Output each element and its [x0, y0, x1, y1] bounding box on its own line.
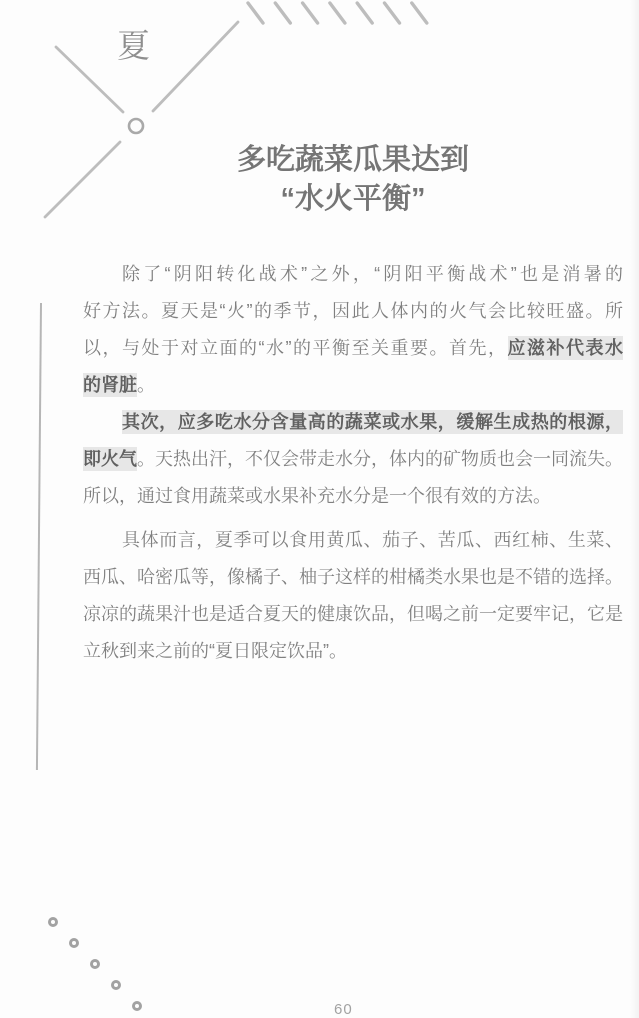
highlighted-text: 其次，应多吃水分含量高的蔬菜或水果，缓解生成热的根源，: [122, 410, 623, 434]
page-number: 60: [334, 1001, 353, 1018]
paragraph: 除了“阴阳转化战术”之外，“阴阳平衡战术”也是消暑的好方法。夏天是“火”的季节，…: [83, 256, 623, 404]
text-line: 凉凉的蔬果汁也是适合夏天的健康饮品，但喝之前一定要牢记，它是: [83, 596, 623, 633]
paragraph: 其次，应多吃水分含量高的蔬菜或水果，缓解生成热的根源，即火气。天热出汗，不仅会带…: [83, 404, 623, 515]
book-page: 夏 多吃蔬菜瓜果达到 “水火平衡” 除了“阴阳转化战术”之外，“阴阳平衡战术”也…: [0, 0, 639, 1018]
hatch-stroke: [248, 3, 263, 23]
text-line: 除了“阴阳转化战术”之外，“阴阳平衡战术”也是消暑的: [83, 256, 623, 293]
chapter-marker: 夏: [117, 20, 151, 67]
node-circle-icon: [129, 119, 143, 133]
paragraph: 具体而言，夏季可以食用黄瓜、茄子、苦瓜、西红柿、生菜、西瓜、哈密瓜等，像橘子、柚…: [83, 522, 623, 670]
text-segment: 立秋到来之前的“夏日限定饮品”。: [83, 641, 347, 661]
footer-ring-icon: [111, 980, 121, 990]
page-title-line2: “水火平衡”: [83, 180, 623, 219]
footer-ring-icon: [48, 917, 58, 927]
page-title: 多吃蔬菜瓜果达到 “水火平衡”: [83, 141, 623, 219]
text-segment: 具体而言，夏季可以食用黄瓜、茄子、苦瓜、西红柿、生菜、: [122, 530, 623, 550]
footer-ring-icon: [69, 938, 79, 948]
hatch-marks: [248, 3, 427, 23]
footer-ring-icon: [132, 1001, 142, 1011]
highlighted-text: 应滋补代表水: [508, 336, 624, 360]
diagonal-line-short: [56, 47, 123, 112]
hatch-stroke: [385, 3, 400, 23]
text-line: 具体而言，夏季可以食用黄瓜、茄子、苦瓜、西红柿、生菜、: [83, 522, 623, 559]
text-segment: 所以，通过食用蔬菜或水果补充水分是一个很有效的方法。: [83, 486, 551, 506]
hatch-stroke: [303, 3, 318, 23]
text-segment: 。天热出汗，不仅会带走水分，体内的矿物质也会一同流失。: [137, 449, 623, 469]
text-segment: 好方法。夏天是“火”的季节，因此人体内的火气会比较旺盛。所: [83, 301, 623, 321]
text-segment: 。: [137, 375, 155, 395]
diagonal-line-upper: [153, 22, 238, 111]
text-segment: 除了“阴阳转化战术”之外，“阴阳平衡战术”也是消暑的: [122, 264, 623, 284]
hatch-stroke: [275, 3, 290, 23]
text-segment: 西瓜、哈密瓜等，像橘子、柚子这样的柑橘类水果也是不错的选择。: [83, 567, 623, 587]
text-line: 立秋到来之前的“夏日限定饮品”。: [83, 633, 623, 670]
text-line: 以，与处于对立面的“水”的平衡至关重要。首先，应滋补代表水: [83, 330, 623, 367]
article-body: 除了“阴阳转化战术”之外，“阴阳平衡战术”也是消暑的好方法。夏天是“火”的季节，…: [83, 256, 623, 670]
highlighted-text: 即火气: [83, 447, 137, 471]
text-segment: 凉凉的蔬果汁也是适合夏天的健康饮品，但喝之前一定要牢记，它是: [83, 604, 623, 624]
text-line: 其次，应多吃水分含量高的蔬菜或水果，缓解生成热的根源，: [83, 404, 623, 441]
text-line: 好方法。夏天是“火”的季节，因此人体内的火气会比较旺盛。所: [83, 293, 623, 330]
highlighted-text: 的肾脏: [83, 373, 137, 397]
hatch-stroke: [412, 3, 427, 23]
hatch-stroke: [330, 3, 345, 23]
text-segment: 以，与处于对立面的“水”的平衡至关重要。首先，: [83, 338, 508, 358]
text-line: 的肾脏。: [83, 367, 623, 404]
page-title-line1: 多吃蔬菜瓜果达到: [83, 141, 623, 180]
footer-ring-icon: [90, 959, 100, 969]
text-line: 即火气。天热出汗，不仅会带走水分，体内的矿物质也会一同流失。: [83, 441, 623, 478]
margin-rule: [36, 303, 42, 770]
text-line: 西瓜、哈密瓜等，像橘子、柚子这样的柑橘类水果也是不错的选择。: [83, 559, 623, 596]
hatch-stroke: [357, 3, 372, 23]
text-line: 所以，通过食用蔬菜或水果补充水分是一个很有效的方法。: [83, 478, 623, 515]
